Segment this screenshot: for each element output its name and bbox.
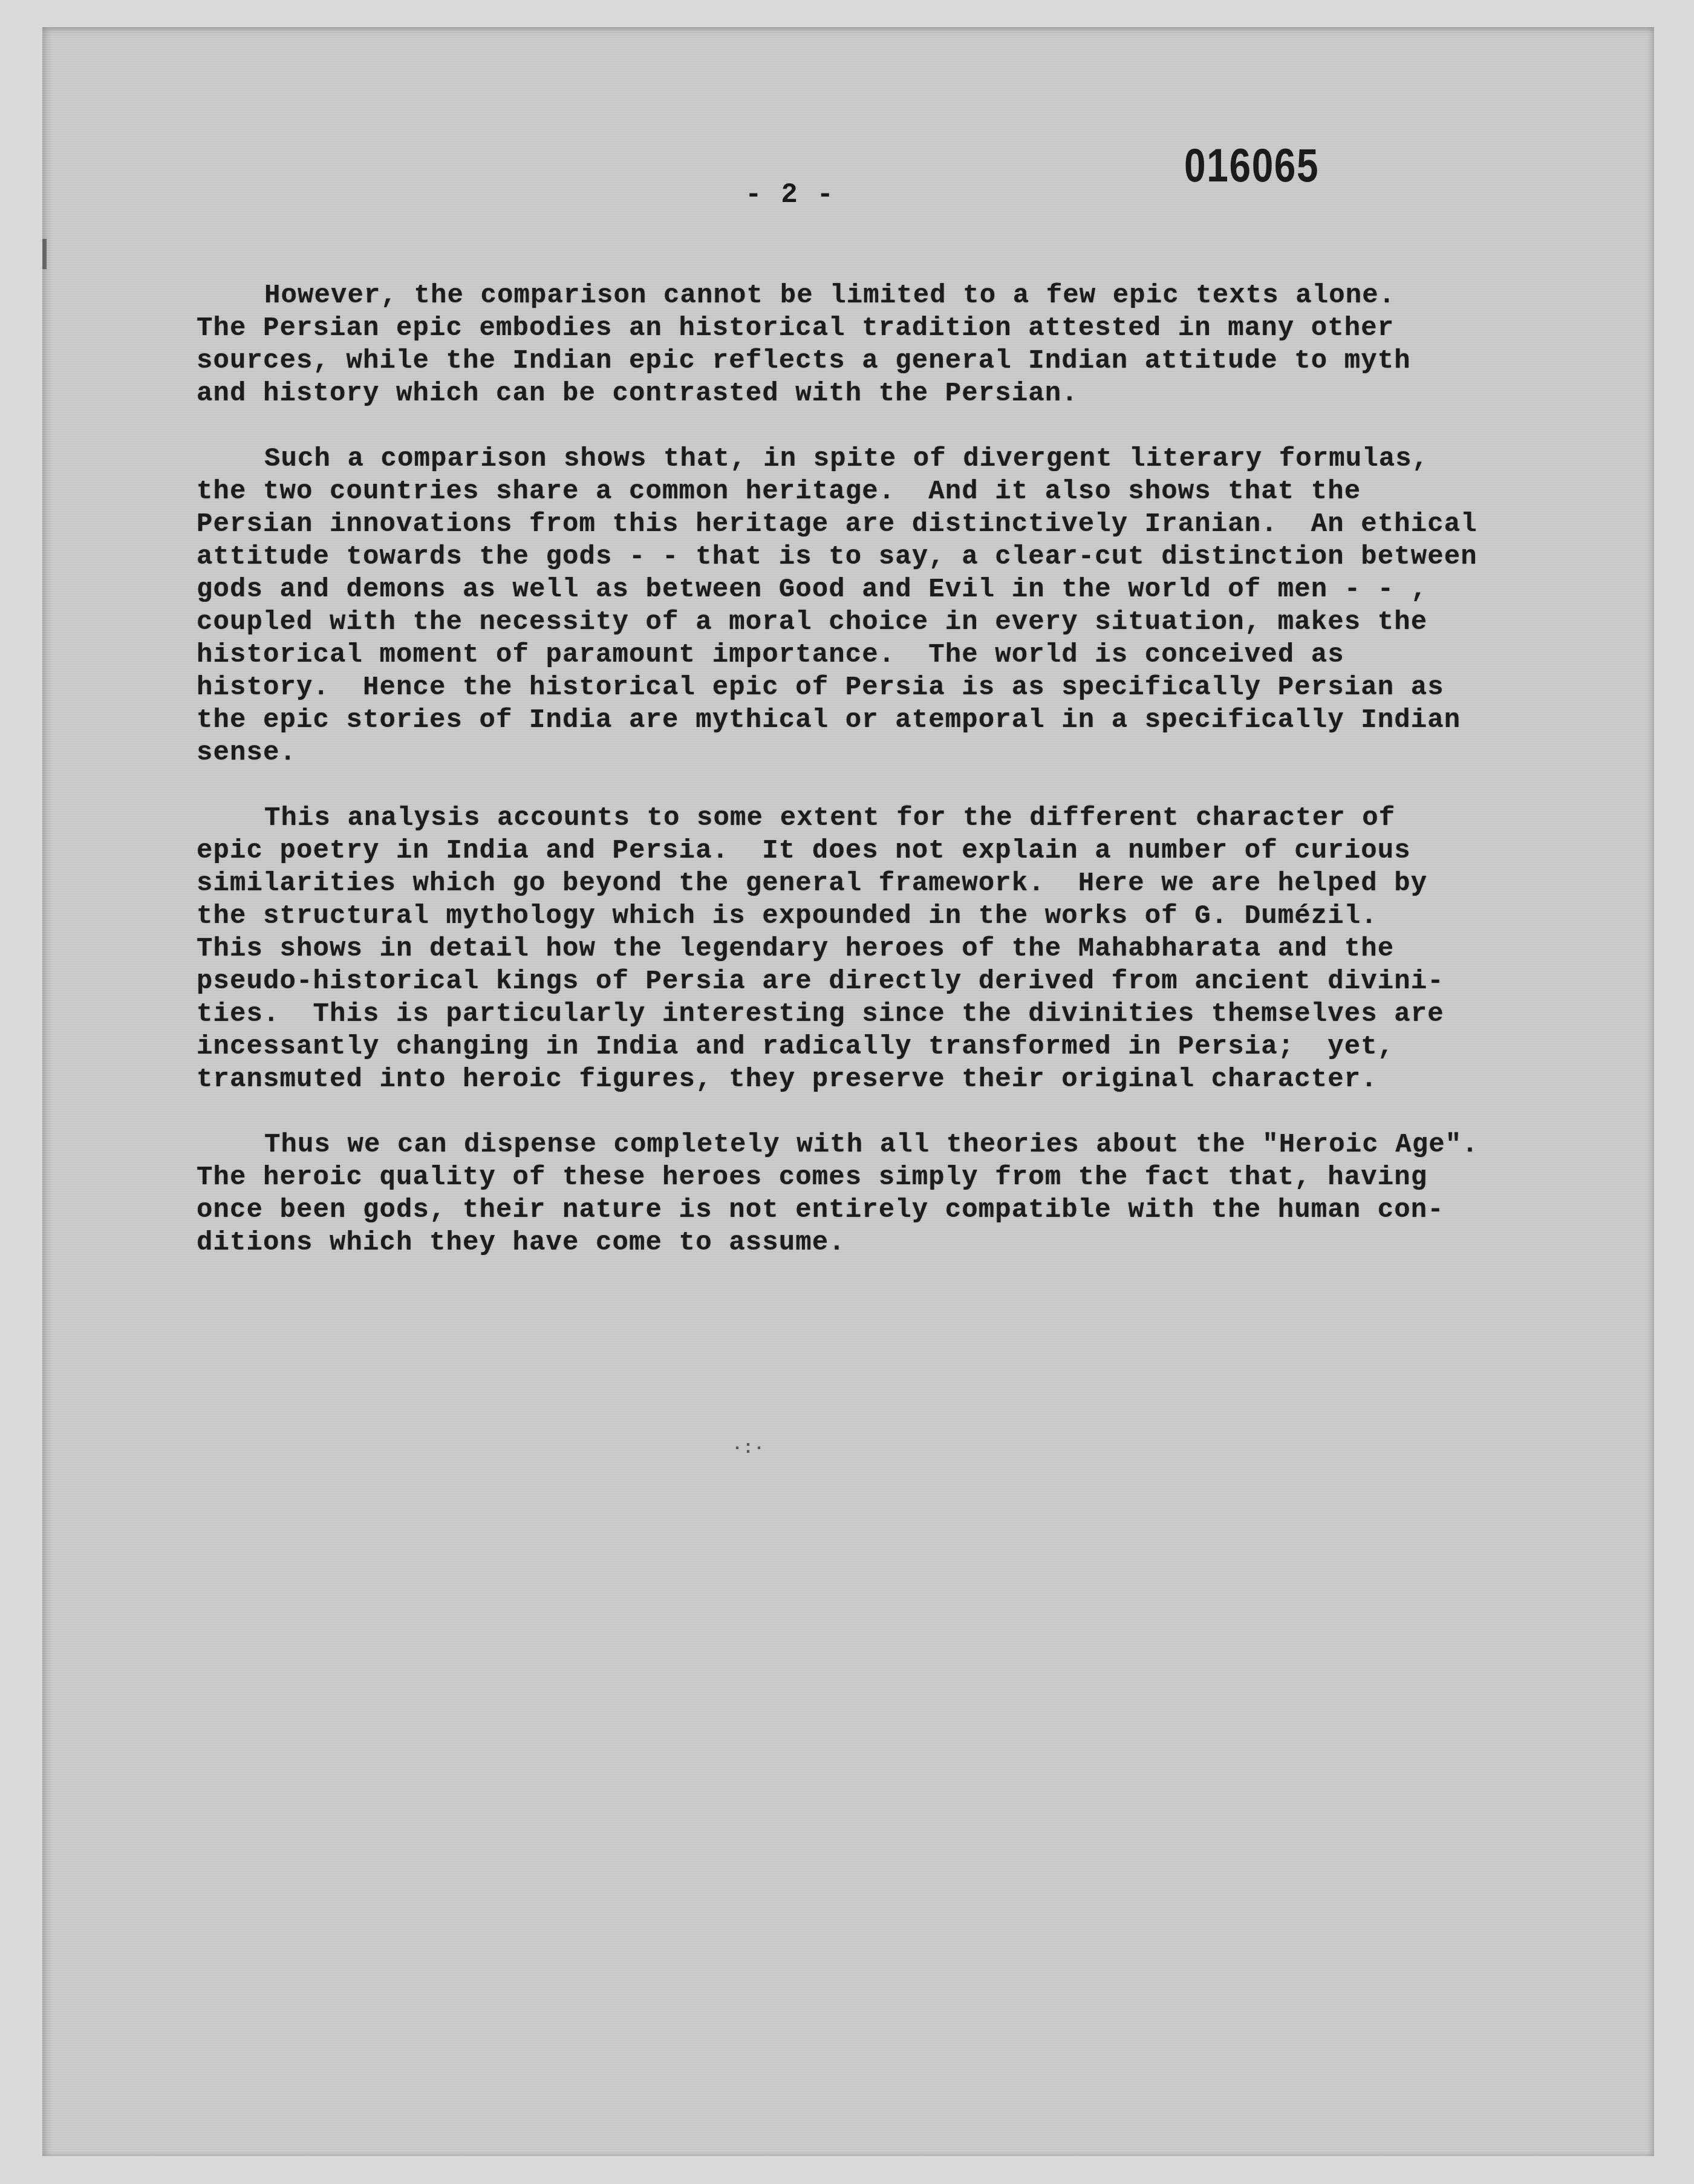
- text-line: This shows in detail how the legendary h…: [197, 933, 1436, 965]
- text-line: transmuted into heroic figures, they pre…: [197, 1063, 1436, 1096]
- text-line: This analysis accounts to some extent fo…: [197, 802, 1436, 835]
- page-number: - 2 -: [745, 179, 835, 210]
- text-line: once been gods, their nature is not enti…: [197, 1194, 1436, 1227]
- paragraph-2: Such a comparison shows that, in spite o…: [197, 443, 1436, 769]
- text-line: However, the comparison cannot be limite…: [197, 279, 1436, 312]
- paragraph-3: This analysis accounts to some extent fo…: [197, 802, 1436, 1096]
- text-line: Persian innovations from this heritage a…: [197, 508, 1436, 541]
- paragraph-gap: [197, 1096, 1436, 1129]
- text-line: incessantly changing in India and radica…: [197, 1031, 1436, 1063]
- paragraph-4: Thus we can dispense completely with all…: [197, 1129, 1436, 1259]
- text-line: similarities which go beyond the general…: [197, 867, 1436, 900]
- stray-ink-mark: ·:·: [732, 1438, 764, 1459]
- text-line: the epic stories of India are mythical o…: [197, 704, 1436, 737]
- text-line: epic poetry in India and Persia. It does…: [197, 835, 1436, 867]
- text-line: and history which can be contrasted with…: [197, 377, 1436, 410]
- text-line: coupled with the necessity of a moral ch…: [197, 606, 1436, 639]
- text-line: sources, while the Indian epic reflects …: [197, 345, 1436, 377]
- text-line: attitude towards the gods - - that is to…: [197, 541, 1436, 573]
- paper-edge-mark: [42, 239, 47, 269]
- text-line: history. Hence the historical epic of Pe…: [197, 671, 1436, 704]
- text-line: Thus we can dispense completely with all…: [197, 1129, 1436, 1161]
- paragraph-gap: [197, 769, 1436, 802]
- text-line: The heroic quality of these heroes comes…: [197, 1161, 1436, 1194]
- text-line: historical moment of paramount importanc…: [197, 639, 1436, 671]
- text-line: ties. This is particularly interesting s…: [197, 998, 1436, 1031]
- text-line: The Persian epic embodies an historical …: [197, 312, 1436, 345]
- text-line: pseudo-historical kings of Persia are di…: [197, 965, 1436, 998]
- paragraph-1: However, the comparison cannot be limite…: [197, 279, 1436, 410]
- text-line: Such a comparison shows that, in spite o…: [197, 443, 1436, 475]
- document-number: 016065: [1184, 138, 1319, 193]
- text-line: the structural mythology which is expoun…: [197, 900, 1436, 933]
- document-body: However, the comparison cannot be limite…: [197, 279, 1436, 1259]
- paragraph-gap: [197, 410, 1436, 443]
- text-line: sense.: [197, 737, 1436, 769]
- text-line: gods and demons as well as between Good …: [197, 573, 1436, 606]
- text-line: ditions which they have come to assume.: [197, 1227, 1436, 1259]
- text-line: the two countries share a common heritag…: [197, 475, 1436, 508]
